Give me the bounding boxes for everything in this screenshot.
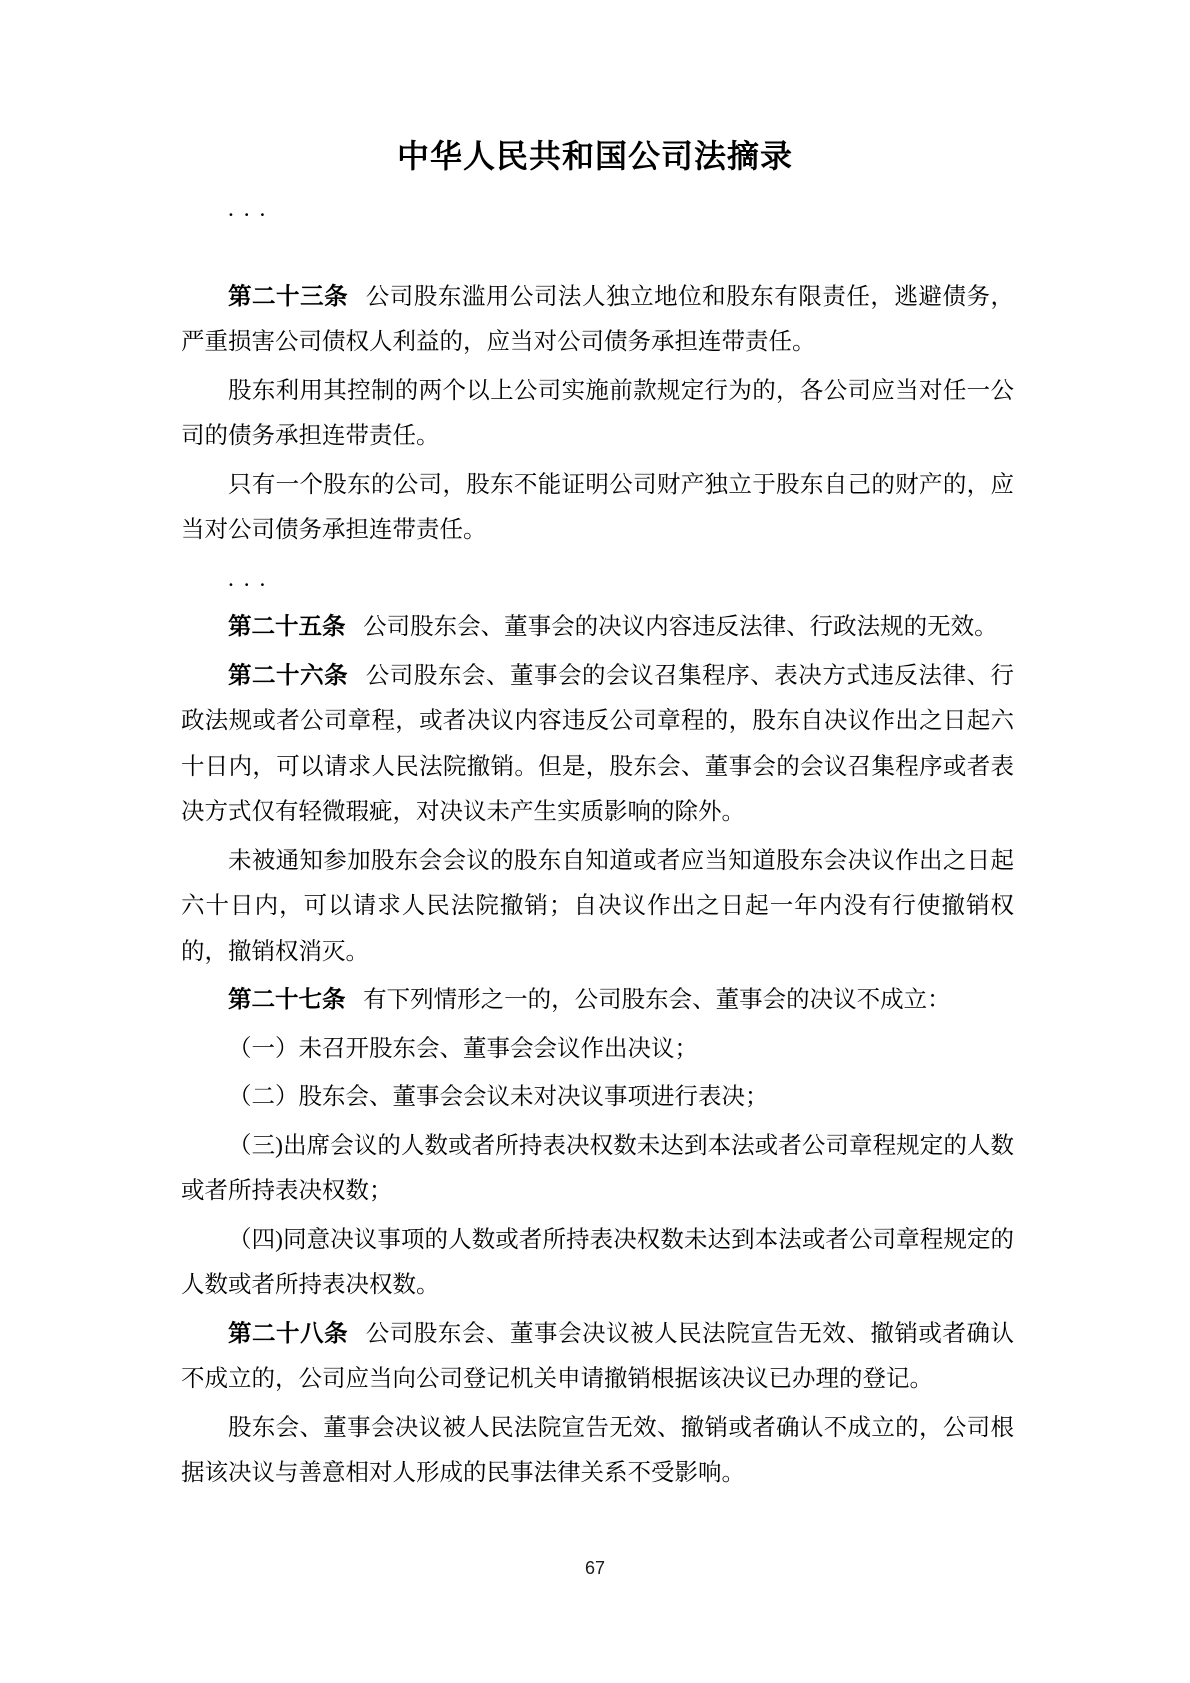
article-28-para-2: 股东会、董事会决议被人民法院宣告无效、撤销或者确认不成立的，公司根据该决议与善意… [181, 1406, 1014, 1497]
article-26-para-2: 未被通知参加股东会会议的股东自知道或者应当知道股东会决议作出之日起六十日内，可以… [181, 839, 1014, 976]
article-27: 第二十七条有下列情形之一的，公司股东会、董事会的决议不成立： [181, 978, 1014, 1024]
article-number: 第二十六条 [228, 663, 348, 689]
article-23: 第二十三条公司股东滥用公司法人独立地位和股东有限责任，逃避债务，严重损害公司债权… [181, 275, 1014, 366]
article-27-item-3: （三)出席会议的人数或者所持表决权数未达到本法或者公司章程规定的人数或者所持表决… [181, 1124, 1014, 1215]
article-23-para-3: 只有一个股东的公司，股东不能证明公司财产独立于股东自己的财产的，应当对公司债务承… [181, 463, 1014, 554]
article-number: 第二十七条 [228, 987, 346, 1013]
article-27-item-4: （四)同意决议事项的人数或者所持表决权数未达到本法或者公司章程规定的人数或者所持… [181, 1218, 1014, 1309]
article-25: 第二十五条公司股东会、董事会的决议内容违反法律、行政法规的无效。 [181, 605, 1014, 651]
ellipsis-line: . . . [181, 187, 1014, 233]
article-28: 第二十八条公司股东会、董事会决议被人民法院宣告无效、撤销或者确认不成立的，公司应… [181, 1312, 1014, 1403]
article-26: 第二十六条公司股东会、董事会的会议召集程序、表决方式违反法律、行政法规或者公司章… [181, 654, 1014, 836]
article-number: 第二十五条 [228, 614, 346, 640]
article-27-item-2: （二）股东会、董事会会议未对决议事项进行表决； [181, 1075, 1014, 1121]
article-number: 第二十八条 [228, 1321, 348, 1347]
document-title: 中华人民共和国公司法摘录 [0, 0, 1190, 179]
document-page: 中华人民共和国公司法摘录 . . .第二十三条公司股东滥用公司法人独立地位和股东… [0, 0, 1190, 1683]
ellipsis-line: . . . [181, 557, 1014, 603]
article-27-item-1: （一）未召开股东会、董事会会议作出决议； [181, 1027, 1014, 1073]
article-23-para-2: 股东利用其控制的两个以上公司实施前款规定行为的，各公司应当对任一公司的债务承担连… [181, 369, 1014, 460]
article-number: 第二十三条 [228, 284, 348, 310]
page-number: 67 [0, 1556, 1190, 1580]
document-body: . . .第二十三条公司股东滥用公司法人独立地位和股东有限责任，逃避债务，严重损… [181, 187, 1014, 1497]
